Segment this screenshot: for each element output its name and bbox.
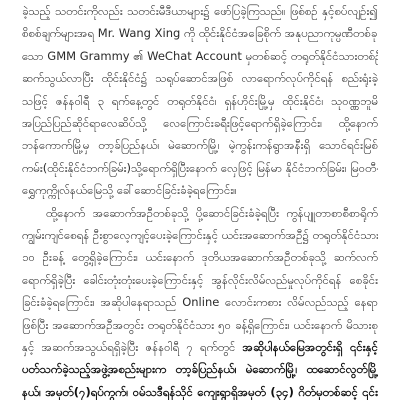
text-line: ရောက်ရှိခဲ့ပြီး ခေါင်းတုံးတုံးပေးခဲ့ကြော… <box>22 269 378 291</box>
text-line: အပြည်ပြည်ဆိုင်ရာလေဆိပ်သို့ လေကြောင်းခရီး… <box>22 112 378 134</box>
text-line: ဆက်သွယ်လာပြီး ထိုင်းနိုင်ငံ၌ သရုပ်ဆောင်အ… <box>22 67 378 89</box>
text-segment: ခဲ့သည့် သတင်းကိုလည်း သတင်းမီဒီယာများ၌ ဖေ… <box>22 4 378 18</box>
text-segment: ရောက်ရှိခဲ့ပြီး ခေါင်းတုံးတုံးပေးခဲ့ကြော… <box>22 273 378 287</box>
text-segment: သော GMM Grammy ၏ WeChat Account မှတစ်ဆင့… <box>22 49 378 63</box>
text-line: ဘန်ကောက်မြို့မှ တာ့ခ်ပြည်နယ်၊ မဲဆောက်မြိ… <box>22 134 378 156</box>
text-line: ရွှေကုက္ကိုလ်နယ်မြေသို့ ခေါ်ဆောင်ခြင်းခံ… <box>22 179 378 201</box>
text-segment: ၁၀ ဦးခန့် တွေ့ရှိခဲ့ကြောင်း၊ ယင်းနောက် ဒ… <box>22 250 378 264</box>
text-segment: ရွှေကုက္ကိုလ်နယ်မြေသို့ ခေါ်ဆောင်ခြင်းခံ… <box>22 183 237 197</box>
text-segment: ကျွမ်းကျင်စေရန် ဦးစွာလေ့ကျင့်ပေးခဲ့ကြောင… <box>22 228 378 242</box>
text-segment: နှင့် အဆက်အသွယ်ရရှိခဲ့ပြီး ဇန်နဝါရီ ၇ ရက… <box>22 340 243 354</box>
bold-text-segment: ပတ်သက်ခဲ့သည့်အဖွဲ့အစည်းများက တာ့ခ်ပြည်နယ… <box>22 362 378 376</box>
text-line: သဖြင့် ဇန်နဝါရီ ၃ ရက်နေ့တွင် တရုတ်နိုင်င… <box>22 90 378 112</box>
document-page: ခဲ့သည့် သတင်းကိုလည်း သတင်းမီဒီယာများ၌ ဖေ… <box>0 0 400 400</box>
text-segment: သဖြင့် ဇန်နဝါရီ ၃ ရက်နေ့တွင် တရုတ်နိုင်င… <box>22 94 378 108</box>
text-line: ကျွမ်းကျင်စေရန် ဦးစွာလေ့ကျင့်ပေးခဲ့ကြောင… <box>22 224 378 246</box>
text-line: ဖြစ်ပြီး အဆောက်အဦအတွင်း တရုတ်နိုင်ငံသား … <box>22 314 378 336</box>
text-segment: ထို့နောက် အဆောက်အဦတစ်ခုသို့ ပို့ဆောင်ခြင… <box>46 206 378 220</box>
text-line: ခဲ့သည့် သတင်းကိုလည်း သတင်းမီဒီယာများ၌ ဖေ… <box>22 0 378 22</box>
text-segment: အပြည်ပြည်ဆိုင်ရာလေဆိပ်သို့ လေကြောင်းခရီး… <box>22 116 378 130</box>
text-segment: ဘန်ကောက်မြို့မှ တာ့ခ်ပြည်နယ်၊ မဲဆောက်မြိ… <box>22 138 378 152</box>
text-line: နှင့် အဆက်အသွယ်ရရှိခဲ့ပြီး ဇန်နဝါရီ ၇ ရက… <box>22 336 378 358</box>
text-segment: ဖြစ်ပြီး အဆောက်အဦအတွင်း တရုတ်နိုင်ငံသား … <box>22 318 378 332</box>
text-line: ၁၀ ဦးခန့် တွေ့ရှိခဲ့ကြောင်း၊ ယင်းနောက် ဒ… <box>22 246 378 268</box>
text-segment: ကမ်း(ထိုင်းနိုင်ငံဘက်ခြမ်း)သို့ရောက်ရှိပ… <box>22 161 378 175</box>
text-segment: ခြင်းခံခဲ့ရကြောင်း၊ အဆိုပါနေရာသည် Online… <box>22 295 378 309</box>
text-line: ကမ်း(ထိုင်းနိုင်ငံဘက်ခြမ်း)သို့ရောက်ရှိပ… <box>22 157 378 179</box>
bold-text-segment: နယ်၊ အမှတ်(၇)ရပ်ကွက်၊ ဝမ်သဒီရန်သိုင် ကျေ… <box>22 385 378 399</box>
text-line: ထို့နောက် အဆောက်အဦတစ်ခုသို့ ပို့ဆောင်ခြင… <box>46 202 378 224</box>
text-segment: ဆက်သွယ်လာပြီး ထိုင်းနိုင်ငံ၌ သရုပ်ဆောင်အ… <box>22 71 378 85</box>
text-line: စိစစ်ချက်များအရ Mr. Wang Xing ကို ထိုင်း… <box>22 22 378 44</box>
bold-text-segment: အဆိုပါနယ်မြေအတွင်းရှိ ၎င်းနှင့် <box>243 340 378 354</box>
text-segment: စိစစ်ချက်များအရ Mr. Wang Xing ကို ထိုင်း… <box>22 26 378 40</box>
text-line: ခြင်းခံခဲ့ရကြောင်း၊ အဆိုပါနေရာသည် Online… <box>22 291 378 313</box>
text-line: သော GMM Grammy ၏ WeChat Account မှတစ်ဆင့… <box>22 45 378 67</box>
text-line: ပတ်သက်ခဲ့သည့်အဖွဲ့အစည်းများက တာ့ခ်ပြည်နယ… <box>22 358 378 380</box>
text-line: နယ်၊ အမှတ်(၇)ရပ်ကွက်၊ ဝမ်သဒီရန်သိုင် ကျေ… <box>22 381 378 400</box>
